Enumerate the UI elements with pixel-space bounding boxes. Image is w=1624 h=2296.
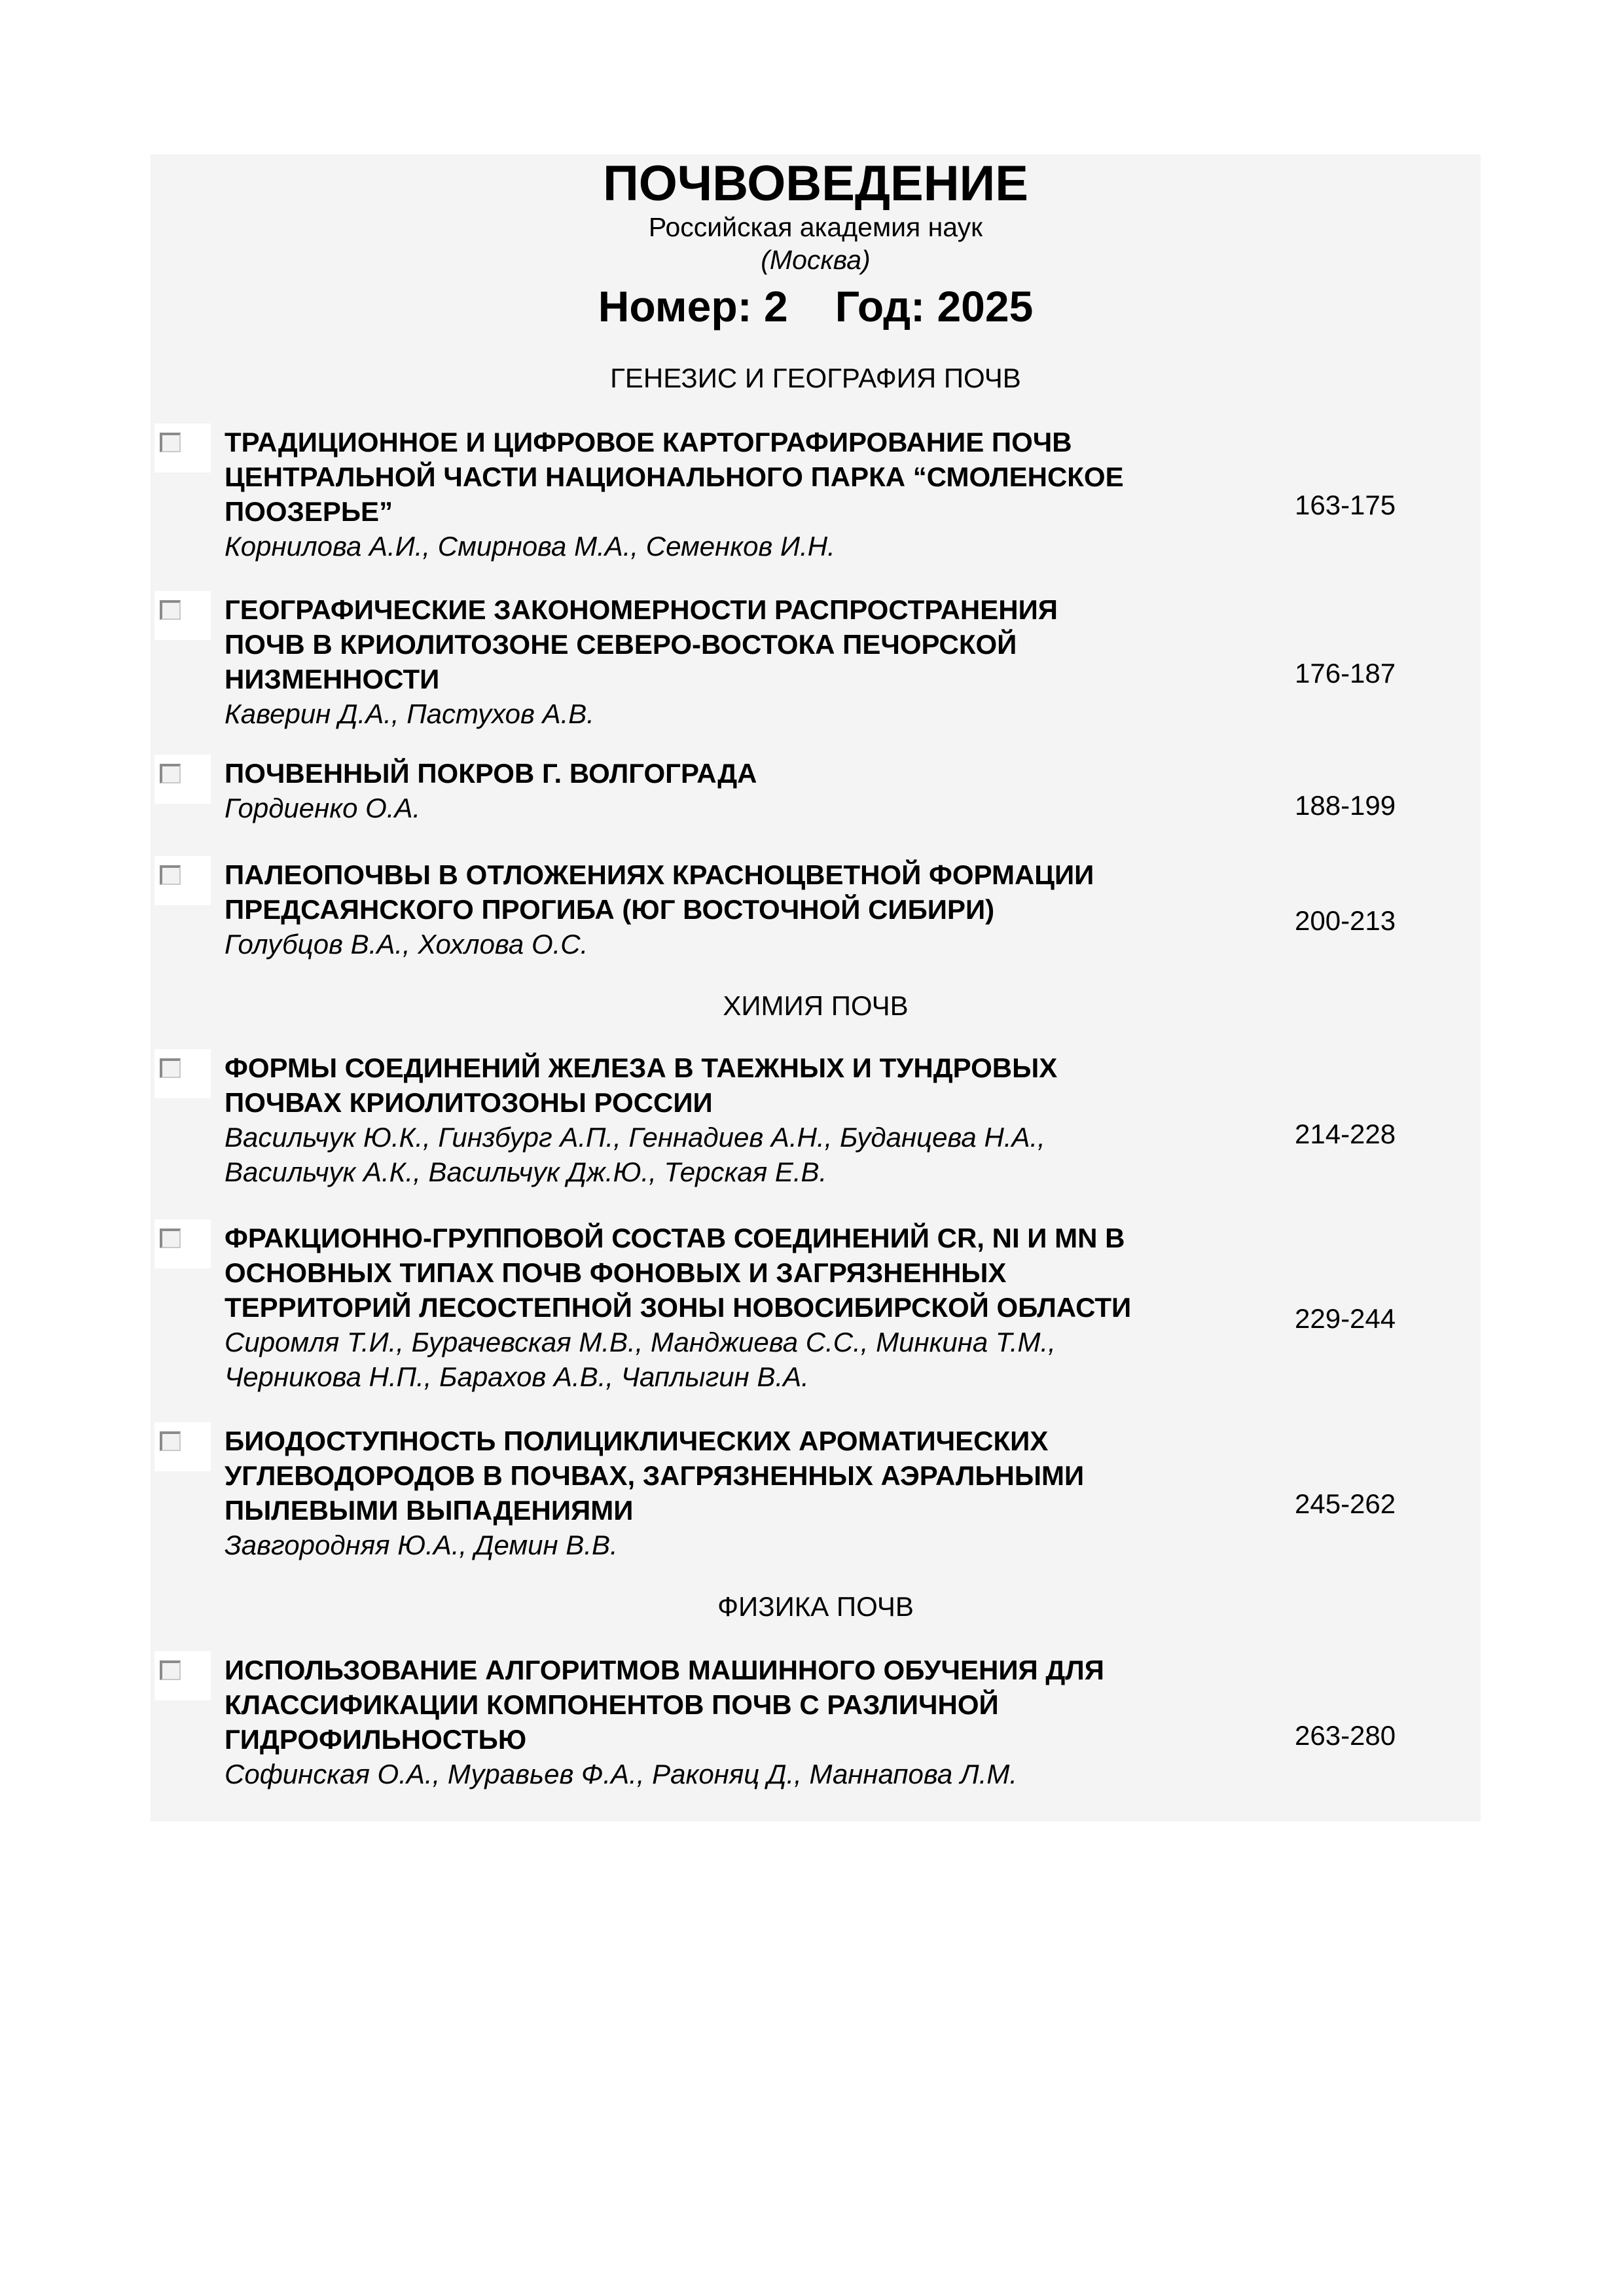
article-authors: Сиромля Т.И., Бурачевская М.В., Манджиев…	[225, 1325, 1259, 1394]
article-authors: Софинская О.А., Муравьев Ф.А., Раконяц Д…	[225, 1757, 1259, 1791]
article-select-checkbox[interactable]	[154, 755, 211, 804]
article-title-line: ПРЕДСАЯНСКОГО ПРОГИБА (ЮГ ВОСТОЧНОЙ СИБИ…	[225, 892, 1259, 927]
article-authors: Васильчук Ю.К., Гинзбург А.П., Геннадиев…	[225, 1120, 1259, 1189]
article-title-line: ПООЗЕРЬЕ”	[225, 494, 1259, 529]
publisher-city: (Москва)	[151, 243, 1481, 276]
publisher-name: Российская академия наук	[151, 211, 1481, 243]
article-select-checkbox[interactable]	[154, 1651, 211, 1700]
article-title-line: ПОЧВАХ КРИОЛИТОЗОНЫ РОССИИ	[225, 1085, 1259, 1120]
article-authors-line: Голубцов В.А., Хохлова О.С.	[225, 927, 1259, 961]
article-title-line: ПОЧВ В КРИОЛИТОЗОНЕ СЕВЕРО-ВОСТОКА ПЕЧОР…	[225, 627, 1259, 662]
article-select-checkbox[interactable]	[154, 591, 211, 640]
checkbox-icon[interactable]	[160, 1660, 181, 1680]
checkbox-icon[interactable]	[160, 1431, 181, 1451]
article-select-checkbox[interactable]	[154, 856, 211, 905]
article-authors: Каверин Д.А., Пастухов А.В.	[225, 696, 1259, 731]
article-entry: ПОЧВЕННЫЙ ПОКРОВ Г. ВОЛГОГРАДАГордиенко …	[225, 762, 1259, 825]
article-select-checkbox[interactable]	[154, 423, 211, 473]
contents-panel	[151, 154, 1481, 1821]
journal-title: ПОЧВОВЕДЕНИЕ	[151, 154, 1481, 213]
article-title-line: ПАЛЕОПОЧВЫ В ОТЛОЖЕНИЯХ КРАСНОЦВЕТНОЙ ФО…	[225, 857, 1259, 892]
article-pages: 188-199	[1295, 789, 1396, 822]
article-title-line: БИОДОСТУПНОСТЬ ПОЛИЦИКЛИЧЕСКИХ АРОМАТИЧЕ…	[225, 1424, 1259, 1458]
article-authors-line: Гордиенко О.А.	[225, 791, 1259, 825]
article-authors: Корнилова А.И., Смирнова М.А., Семенков …	[225, 529, 1259, 564]
section-header-physics: ФИЗИКА ПОЧВ	[151, 1590, 1481, 1623]
checkbox-icon[interactable]	[160, 865, 181, 885]
article-entry: ФРАКЦИОННО-ГРУППОВОЙ СОСТАВ СОЕДИНЕНИЙ C…	[225, 1227, 1259, 1394]
article-title-line: ПЫЛЕВЫМИ ВЫПАДЕНИЯМИ	[225, 1493, 1259, 1528]
article-pages: 214-228	[1295, 1118, 1396, 1151]
article-authors-line: Корнилова А.И., Смирнова М.А., Семенков …	[225, 529, 1259, 564]
article-entry: ГЕОГРАФИЧЕСКИЕ ЗАКОНОМЕРНОСТИ РАСПРОСТРА…	[225, 599, 1259, 731]
article-title[interactable]: ФРАКЦИОННО-ГРУППОВОЙ СОСТАВ СОЕДИНЕНИЙ C…	[225, 1221, 1259, 1325]
checkbox-icon[interactable]	[160, 764, 181, 783]
checkbox-icon[interactable]	[160, 433, 181, 452]
article-authors: Завгородняя Ю.А., Демин В.В.	[225, 1528, 1259, 1562]
article-title-line: ИСПОЛЬЗОВАНИЕ АЛГОРИТМОВ МАШИННОГО ОБУЧЕ…	[225, 1653, 1259, 1687]
article-entry: ФОРМЫ СОЕДИНЕНИЙ ЖЕЛЕЗА В ТАЕЖНЫХ И ТУНД…	[225, 1057, 1259, 1189]
article-pages: 229-244	[1295, 1302, 1396, 1335]
article-authors-line: Васильчук Ю.К., Гинзбург А.П., Геннадиев…	[225, 1120, 1259, 1155]
section-header-chemistry: ХИМИЯ ПОЧВ	[151, 990, 1481, 1022]
article-entry: БИОДОСТУПНОСТЬ ПОЛИЦИКЛИЧЕСКИХ АРОМАТИЧЕ…	[225, 1430, 1259, 1562]
article-title[interactable]: ГЕОГРАФИЧЕСКИЕ ЗАКОНОМЕРНОСТИ РАСПРОСТРА…	[225, 592, 1259, 696]
article-authors: Голубцов В.А., Хохлова О.С.	[225, 927, 1259, 961]
article-select-checkbox[interactable]	[154, 1219, 211, 1268]
article-title-line: ТРАДИЦИОННОЕ И ЦИФРОВОЕ КАРТОГРАФИРОВАНИ…	[225, 425, 1259, 459]
article-select-checkbox[interactable]	[154, 1422, 211, 1471]
article-authors-line: Завгородняя Ю.А., Демин В.В.	[225, 1528, 1259, 1562]
article-title[interactable]: ТРАДИЦИОННОЕ И ЦИФРОВОЕ КАРТОГРАФИРОВАНИ…	[225, 425, 1259, 529]
article-pages: 163-175	[1295, 489, 1396, 522]
article-title-line: ФОРМЫ СОЕДИНЕНИЙ ЖЕЛЕЗА В ТАЕЖНЫХ И ТУНД…	[225, 1050, 1259, 1085]
article-title-line: ОСНОВНЫХ ТИПАХ ПОЧВ ФОНОВЫХ И ЗАГРЯЗНЕНН…	[225, 1255, 1259, 1290]
article-title[interactable]: ИСПОЛЬЗОВАНИЕ АЛГОРИТМОВ МАШИННОГО ОБУЧЕ…	[225, 1653, 1259, 1757]
checkbox-icon[interactable]	[160, 1229, 181, 1248]
article-pages: 245-262	[1295, 1488, 1396, 1520]
article-pages: 176-187	[1295, 657, 1396, 690]
article-title[interactable]: ПАЛЕОПОЧВЫ В ОТЛОЖЕНИЯХ КРАСНОЦВЕТНОЙ ФО…	[225, 857, 1259, 927]
article-select-checkbox[interactable]	[154, 1049, 211, 1098]
article-authors: Гордиенко О.А.	[225, 791, 1259, 825]
checkbox-icon[interactable]	[160, 1058, 181, 1078]
article-title[interactable]: ФОРМЫ СОЕДИНЕНИЙ ЖЕЛЕЗА В ТАЕЖНЫХ И ТУНД…	[225, 1050, 1259, 1120]
article-title-line: КЛАССИФИКАЦИИ КОМПОНЕНТОВ ПОЧВ С РАЗЛИЧН…	[225, 1687, 1259, 1722]
article-pages: 200-213	[1295, 905, 1396, 937]
issue-year: Год: 2025	[835, 280, 1034, 332]
issue-line: Номер: 2Год: 2025	[151, 280, 1481, 332]
article-entry: ИСПОЛЬЗОВАНИЕ АЛГОРИТМОВ МАШИННОГО ОБУЧЕ…	[225, 1659, 1259, 1791]
article-title-line: НИЗМЕННОСТИ	[225, 662, 1259, 696]
article-entry: ТРАДИЦИОННОЕ И ЦИФРОВОЕ КАРТОГРАФИРОВАНИ…	[225, 431, 1259, 564]
article-entry: ПАЛЕОПОЧВЫ В ОТЛОЖЕНИЯХ КРАСНОЦВЕТНОЙ ФО…	[225, 864, 1259, 961]
article-title-line: ЦЕНТРАЛЬНОЙ ЧАСТИ НАЦИОНАЛЬНОГО ПАРКА “С…	[225, 459, 1259, 494]
article-authors-line: Каверин Д.А., Пастухов А.В.	[225, 696, 1259, 731]
article-title-line: УГЛЕВОДОРОДОВ В ПОЧВАХ, ЗАГРЯЗНЕННЫХ АЭР…	[225, 1458, 1259, 1493]
article-pages: 263-280	[1295, 1719, 1396, 1752]
article-title-line: ФРАКЦИОННО-ГРУППОВОЙ СОСТАВ СОЕДИНЕНИЙ C…	[225, 1221, 1259, 1255]
article-authors-line: Васильчук А.К., Васильчук Дж.Ю., Терская…	[225, 1155, 1259, 1189]
article-title-line: ТЕРРИТОРИЙ ЛЕСОСТЕПНОЙ ЗОНЫ НОВОСИБИРСКО…	[225, 1290, 1259, 1325]
article-authors-line: Софинская О.А., Муравьев Ф.А., Раконяц Д…	[225, 1757, 1259, 1791]
section-header-genesis: ГЕНЕЗИС И ГЕОГРАФИЯ ПОЧВ	[151, 362, 1481, 395]
article-title-line: ГЕОГРАФИЧЕСКИЕ ЗАКОНОМЕРНОСТИ РАСПРОСТРА…	[225, 592, 1259, 627]
checkbox-icon[interactable]	[160, 600, 181, 620]
article-title[interactable]: БИОДОСТУПНОСТЬ ПОЛИЦИКЛИЧЕСКИХ АРОМАТИЧЕ…	[225, 1424, 1259, 1528]
issue-number: Номер: 2	[598, 280, 788, 332]
article-authors-line: Черникова Н.П., Барахов А.В., Чаплыгин В…	[225, 1359, 1259, 1394]
article-title-line: ПОЧВЕННЫЙ ПОКРОВ Г. ВОЛГОГРАДА	[225, 756, 1259, 791]
article-title[interactable]: ПОЧВЕННЫЙ ПОКРОВ Г. ВОЛГОГРАДА	[225, 756, 1259, 791]
article-title-line: ГИДРОФИЛЬНОСТЬЮ	[225, 1722, 1259, 1757]
article-authors-line: Сиромля Т.И., Бурачевская М.В., Манджиев…	[225, 1325, 1259, 1359]
